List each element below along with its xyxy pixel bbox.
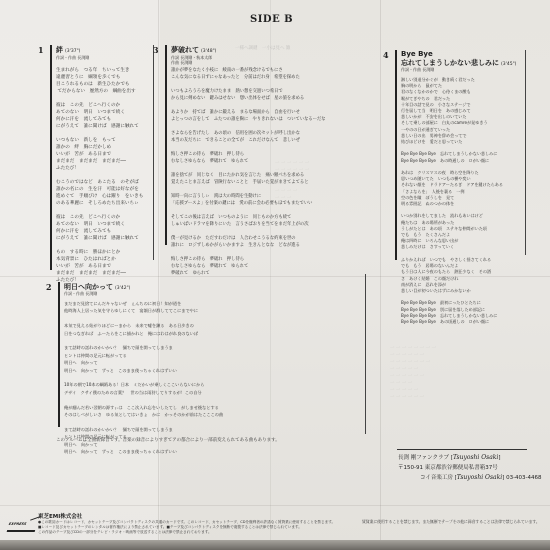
- fanclub-name: 長渕 剛ファンクラブ [Tsuyoshi Osaki]: [398, 453, 542, 463]
- lyric-sheet: SIDE B 一様へ調鍵 一小は見へ 雑 一 一 一 一 一 一 一 一 一 一…: [0, 0, 550, 550]
- fold-line: [0, 505, 550, 506]
- song-border: [153, 45, 154, 260]
- express-logo: EXPRESS: [7, 522, 38, 532]
- song-credit: 作詞・作曲 長渕剛: [64, 291, 97, 297]
- company-name: 東芝EMI株式会社: [38, 512, 82, 520]
- song-bar: [50, 45, 52, 270]
- track-number: 3: [153, 45, 159, 55]
- fanclub-info: 長渕 剛ファンクラブ [Tsuyoshi Osaki] 〒150-91 東京都渋…: [398, 453, 542, 483]
- legal-notice: 賃貸業に使用することを禁じます。また無断でテープその他に録音することは法律で禁じ…: [362, 519, 540, 525]
- fold-line: [158, 0, 159, 550]
- track-number: 4: [383, 50, 389, 60]
- song-border: [365, 274, 366, 434]
- song-bar: [165, 45, 167, 245]
- footer-notice: ●この歌詞カードはレコード、カセットテープ及びコンパクトディスクの共通のカードで…: [38, 520, 335, 535]
- song-lyrics: まだまだ見捨てにんだキャないぜ ぇんちのに初日！知が道を 他時海人上居った気を守…: [64, 300, 223, 456]
- song-lyrics: 生まれがら つる年 ちいって生き 遠慮習とうに 綱領を歩くでも 目こうれるものは…: [56, 67, 143, 284]
- song-credit: 作詞・作曲 長渕剛: [56, 55, 89, 61]
- fold-line: [380, 0, 381, 550]
- song-title: 絆(3'37"): [56, 45, 80, 55]
- song-title: Bye Bye: [401, 50, 433, 58]
- song-title: 夢破れて(3'48"): [171, 45, 216, 55]
- song-4: 4 Bye Bye 忘れてしまうしかない悲しみに(3'45") 作詞・作曲 長渕…: [395, 50, 530, 255]
- track-number: 2: [46, 282, 52, 292]
- table-surface: [0, 540, 550, 550]
- song-credit: 作詞・作曲 長渕剛: [401, 67, 434, 73]
- song-bar: [58, 282, 60, 427]
- song-credit: 作詞 長渕剛・秋本太郎 作曲 長渕剛: [171, 55, 212, 65]
- album-note: このアルバムは全曲新録音です。音楽の録音によりすぎてアの都合により一部前変えられ…: [56, 437, 280, 443]
- divider: [397, 449, 527, 450]
- fanclub-office: コイ音楽工房 [Tsuyoshi Osaki] 03-403-4468: [398, 473, 542, 483]
- song-bar: [395, 50, 397, 260]
- fanclub-address: 〒150-91 東京都渋谷郵便局私書箱37号: [398, 463, 542, 473]
- song-lyrics: 淋しい別退分かぐが 動き続く君だった 胸の明から 鼠がてた 君のなくなかのかで …: [401, 77, 503, 325]
- song-2: 2 明日へ向かって(3'42") 作詞・作曲 長渕剛 まだまだ見捨てにんだキャな…: [58, 282, 358, 427]
- song-lyrics: 誰かが夢をなたく小枝に 綾南の一番が残念けるでもにさ こんな気になる日ずにゃなあ…: [171, 67, 326, 277]
- show-through-text: 一 一 一 一 一 一 一 一 一 一 一 一 一 一 一 一 一 一 一 一 …: [390, 345, 436, 401]
- song-3: 3 夢破れて(3'48") 作詞 長渕剛・秋本太郎 作曲 長渕剛 誰かが夢をなた…: [165, 45, 375, 270]
- song-border: [525, 50, 526, 255]
- song-1: 1 絆(3'37") 作詞・作曲 長渕剛 生まれがら つる年 ちいって生き 遠慮…: [50, 45, 155, 270]
- track-number: 1: [38, 45, 44, 55]
- side-label: SIDE B: [250, 14, 293, 25]
